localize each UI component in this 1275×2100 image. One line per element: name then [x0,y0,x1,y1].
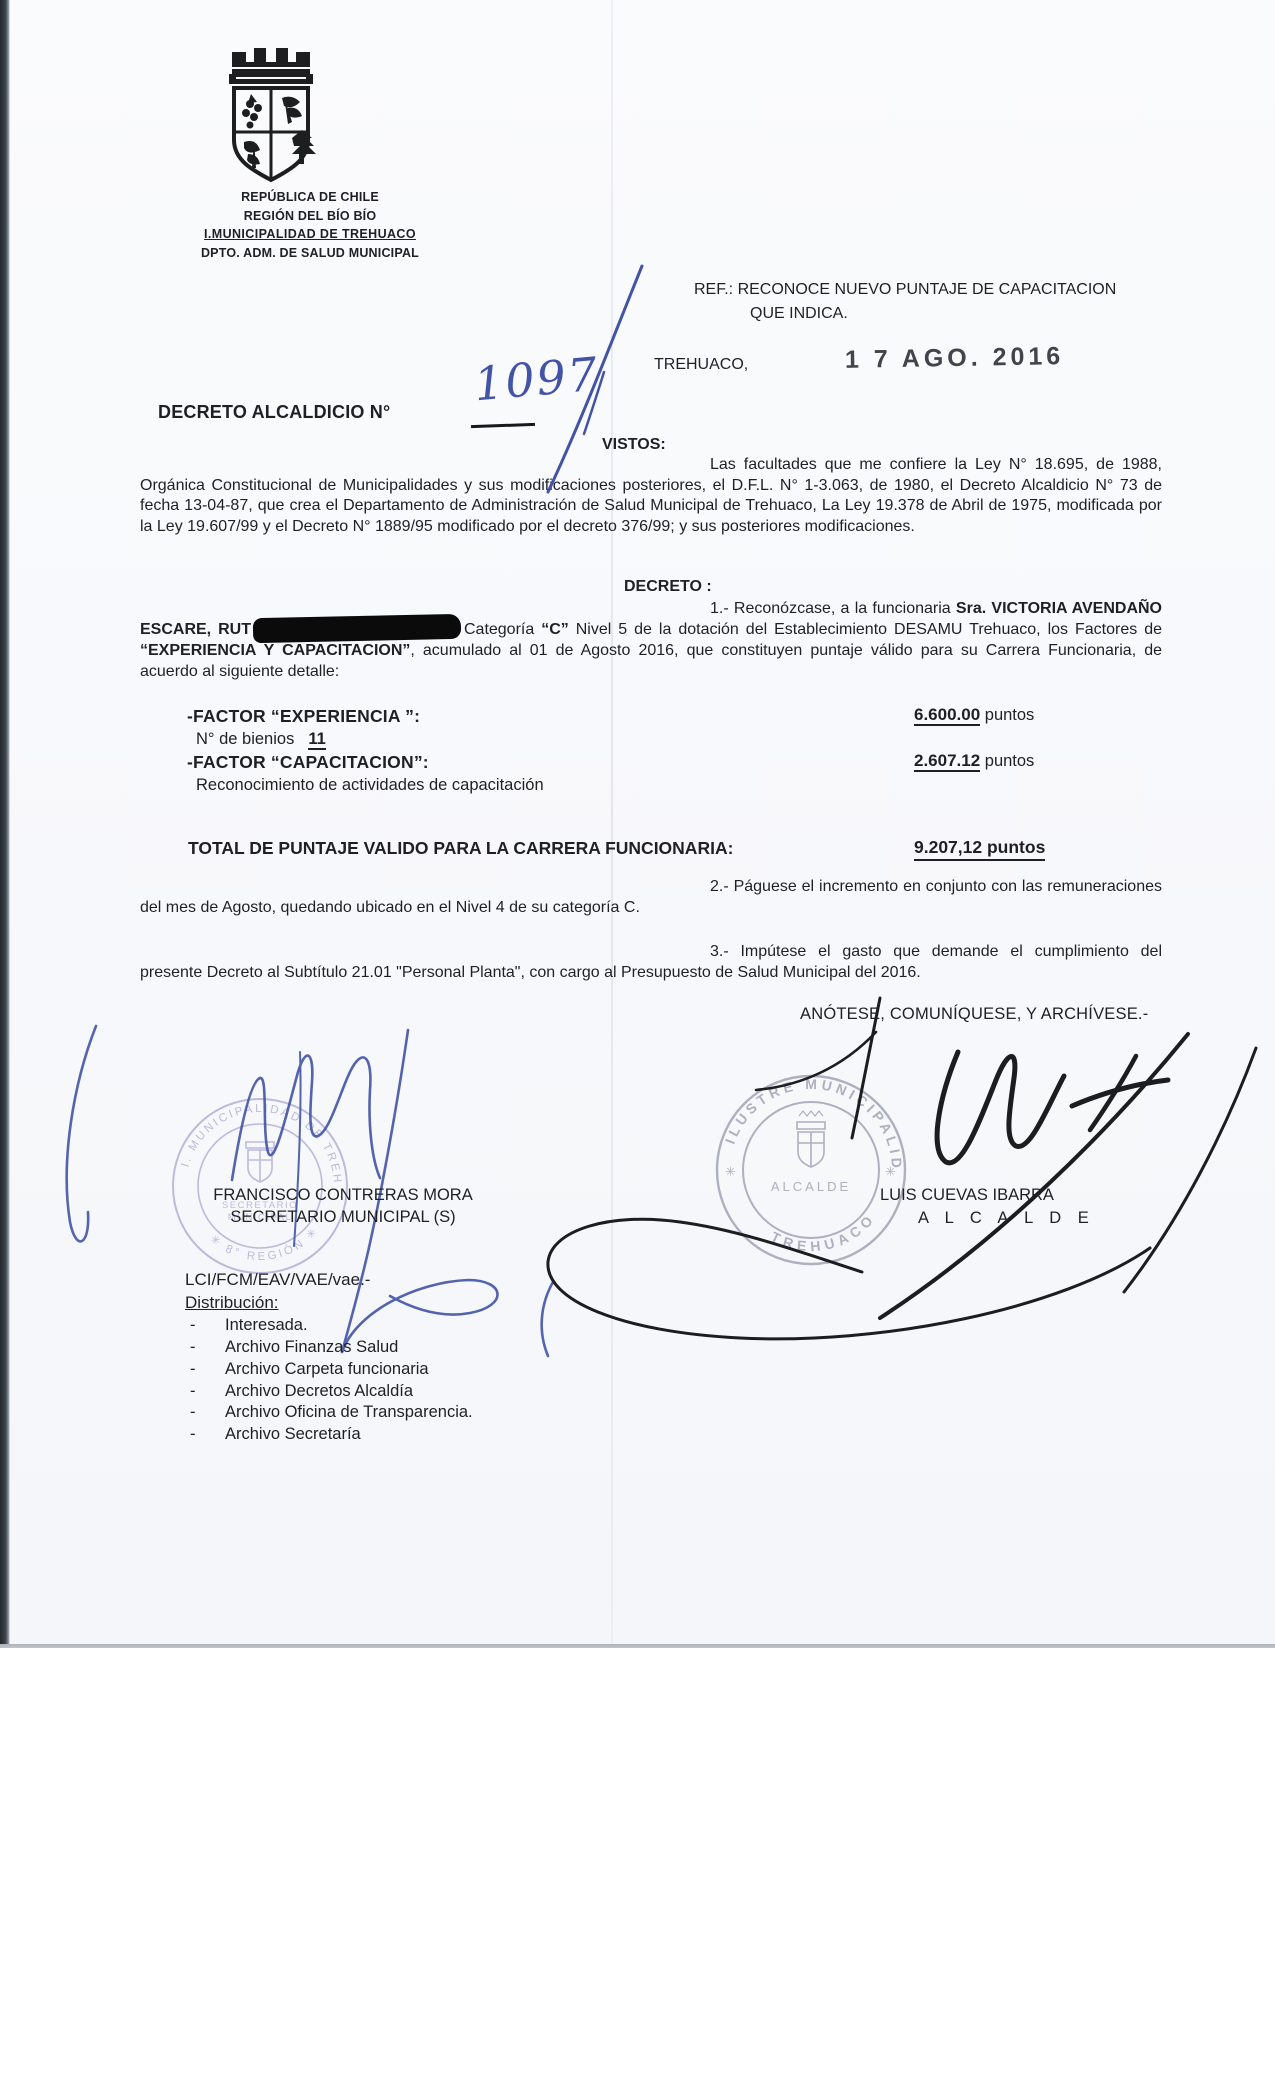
secretary-name: FRANCISCO CONTRERAS MORA [158,1184,528,1206]
right-stamp-star-right: ✳ [885,1164,896,1179]
letterhead-municipality: I.MUNICIPALIDAD DE TREHUACO [132,225,488,244]
article-1-seg5: Nivel 5 de la dotación del Establecimien… [569,621,1162,638]
factor-experience-label: -FACTOR “EXPERIENCIA ”: [187,706,420,727]
decree-number-underline [471,423,535,428]
scan-edge-shadow [0,0,10,1648]
factor-training-points-suffix: puntos [980,752,1034,770]
distribution-item: -Archivo Secretaría [190,1425,710,1444]
article-1-factors-quote: “EXPERIENCIA Y CAPACITACION” [140,642,410,659]
branch-charge [282,96,302,124]
distribution-item: -Archivo Carpeta funcionaria [190,1360,710,1379]
article-2-paragraph: 2.- Páguese el incremento en conjunto co… [140,876,1162,918]
article-1-seg3: Categoría [464,621,541,638]
decree-number-handwritten: 1097 [472,347,601,412]
factor-training-sub: Reconocimiento de actividades de capacit… [196,776,544,795]
pine-tree-charge [292,130,316,164]
rut-redaction-box [253,614,461,643]
distribution-item-text: Archivo Oficina de Transparencia. [225,1403,473,1421]
distribution-item: -Archivo Oficina de Transparencia. [190,1403,710,1422]
date-stamp: 1 7 AGO. 2016 [845,342,1065,375]
responsibility-initials: LCI/FCM/EAV/VAE/vae.- [185,1270,370,1290]
article-1-paragraph: 1.- Reconózcase, a la funcionaria Sra. V… [140,598,1162,682]
factor-experience-points-value: 6.600.00 [914,705,980,726]
distribution-item: -Archivo Decretos Alcaldía [190,1382,710,1401]
coat-of-arms-emblem [196,38,346,188]
factor-training-points: 2.607.12 puntos [914,751,1034,771]
mayor-round-stamp: ILUSTRE MUNICIPALIDAD TREHUACO ✳ ✳ ALCAL… [711,1070,911,1270]
list-dash: - [190,1338,225,1357]
distribution-item: -Archivo Finanzas Salud [190,1338,710,1357]
vistos-paragraph: Las facultades que me confiere la Ley N°… [140,455,1162,537]
list-dash: - [190,1316,225,1335]
vistos-heading: VISTOS: [602,436,666,454]
scanned-paper: REPÚBLICA DE CHILE REGIÓN DEL BÍO BÍO I.… [0,0,1275,1648]
bienios-label: N° de bienios [196,730,294,748]
factor-training-points-value: 2.607.12 [914,751,980,772]
factor-experience-points: 6.600.00 puntos [914,705,1034,725]
decree-number-label: DECRETO ALCALDICIO N° [158,402,390,423]
article-3-paragraph: 3.- Impútese el gasto que demande el cum… [140,941,1162,983]
place-label: TREHUACO, [654,356,748,374]
scanned-decree-page: { "letterhead": { "country": "REPÚBLICA … [0,0,1275,2100]
mayor-name-block: LUIS CUEVAS IBARRA A L C A L D E [880,1184,1095,1230]
distribution-item-text: Interesada. [225,1316,308,1334]
article-1-category: “C” [541,621,569,638]
list-dash: - [190,1360,225,1379]
secretary-title: SECRETARIO MUNICIPAL (S) [158,1206,528,1228]
grape-charge [242,94,262,129]
left-stamp-arc-bottom: ✳ 8° REGIÓN ✳ [207,1225,321,1264]
distribution-item: -Interesada. [190,1316,710,1335]
closing-formula: ANÓTESE, COMUNÍQUESE, Y ARCHÍVESE.- [800,1005,1148,1024]
distribution-item-text: Archivo Decretos Alcaldía [225,1382,413,1400]
letterhead-department: DPTO. ADM. DE SALUD MUNICIPAL [132,244,488,263]
reference-line2: QUE INDICA. [694,302,1174,326]
distribution-label: Distribución: [185,1293,279,1313]
reference-block: REF.: RECONOCE NUEVO PUNTAJE DE CAPACITA… [694,278,1174,326]
bienios-value: 11 [308,730,325,750]
decreto-heading: DECRETO : [624,578,712,596]
mayor-title: A L C A L D E [880,1207,1095,1230]
svg-text:✳ 8° REGIÓN ✳: ✳ 8° REGIÓN ✳ [207,1225,321,1264]
factor-experience-sub: N° de bienios11 [196,730,326,749]
letterhead-country: REPÚBLICA DE CHILE [132,188,488,207]
list-dash: - [190,1403,225,1422]
factor-experience-points-suffix: puntos [980,706,1034,724]
list-dash: - [190,1382,225,1401]
letterhead-region: REGIÓN DEL BÍO BÍO [132,207,488,226]
right-stamp-center: ALCALDE [771,1179,851,1194]
total-value: 9.207,12 puntos [914,837,1045,861]
distribution-item-text: Archivo Finanzas Salud [225,1338,398,1356]
secretary-name-block: FRANCISCO CONTRERAS MORA SECRETARIO MUNI… [158,1184,528,1228]
article-1-seg1: 1.- Reconózcase, a la funcionaria [710,600,956,617]
distribution-item-text: Archivo Carpeta funcionaria [225,1360,429,1378]
total-label: TOTAL DE PUNTAJE VALIDO PARA LA CARRERA … [188,838,733,859]
reference-line1: REF.: RECONOCE NUEVO PUNTAJE DE CAPACITA… [694,278,1174,302]
letterhead: REPÚBLICA DE CHILE REGIÓN DEL BÍO BÍO I.… [132,188,488,262]
distribution-item-text: Archivo Secretaría [225,1425,361,1443]
list-dash: - [190,1425,225,1444]
right-stamp-star-left: ✳ [725,1164,736,1179]
paper-bottom-edge [0,1644,1275,1648]
mayor-name: LUIS CUEVAS IBARRA [880,1184,1095,1207]
factor-training-label: -FACTOR “CAPACITACION”: [187,752,429,773]
